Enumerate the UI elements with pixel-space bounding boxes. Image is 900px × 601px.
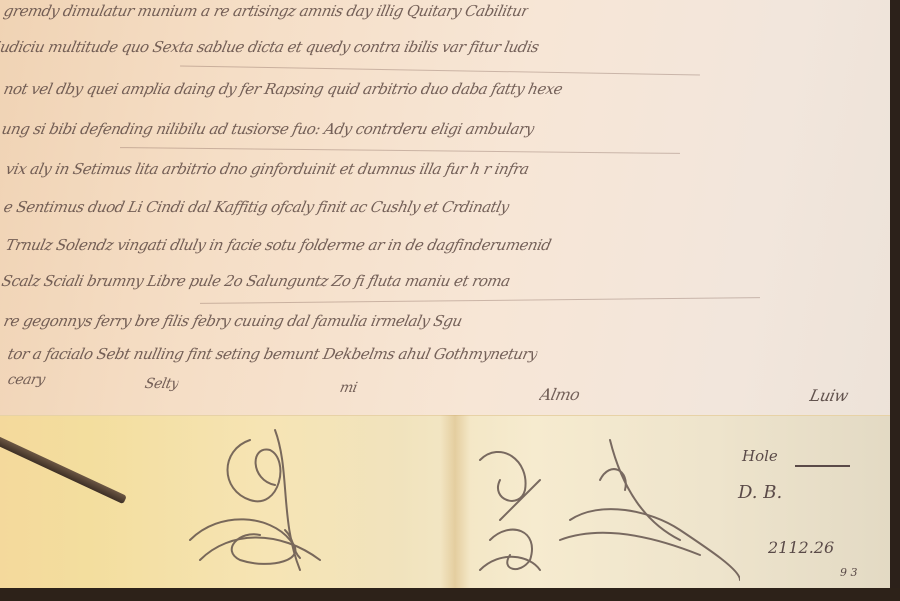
parchment-document: gremdy dimulatur munium a re artisingz a… (0, 0, 890, 590)
guide-stroke (120, 147, 680, 154)
manuscript-line-10: tor a facialo Sebt nulling fint seting b… (6, 345, 539, 363)
background-bottom (0, 588, 900, 601)
corner-note-1: Hole (742, 447, 778, 465)
manuscript-line-9: re gegonnys ferry bre filis febry cuuing… (2, 312, 464, 330)
corner-note-3: 2112.26 (768, 538, 834, 557)
manuscript-line-4: ung si bibi defending nilibilu ad tusior… (0, 120, 536, 138)
manuscript-line-1: gremdy dimulatur munium a re artisingz a… (2, 2, 530, 20)
guide-stroke (180, 65, 700, 75)
manuscript-line-6: e Sentimus duod Li Cindi dal Kaffitig of… (2, 198, 510, 216)
signature-word-4: Almo (538, 385, 582, 404)
signature-word-1: ceary (6, 372, 46, 388)
guide-stroke (200, 297, 760, 304)
corner-note-underline (795, 465, 850, 467)
corner-note-2: D. B. (738, 482, 782, 503)
manuscript-line-2: iudiciu multitude quo Sexta sablue dicta… (0, 38, 540, 56)
signature-word-5: Luiw (808, 386, 850, 405)
signature-word-2: Selty (143, 376, 180, 392)
signature-flourishes (180, 420, 740, 590)
background-edge (890, 0, 900, 601)
manuscript-line-5: vix aly in Setimus lita arbitrio dno gin… (4, 160, 530, 178)
manuscript-line-8: Scalz Sciali brumny Libre pule 2o Salung… (0, 272, 512, 290)
manuscript-line-3: not vel dby quei amplia daing dy fer Rap… (2, 80, 564, 98)
corner-note-4: 9 3 (840, 566, 858, 579)
signature-word-3: mi (338, 380, 358, 396)
manuscript-line-7: Trnulz Solendz vingati dluly in facie so… (4, 236, 553, 254)
